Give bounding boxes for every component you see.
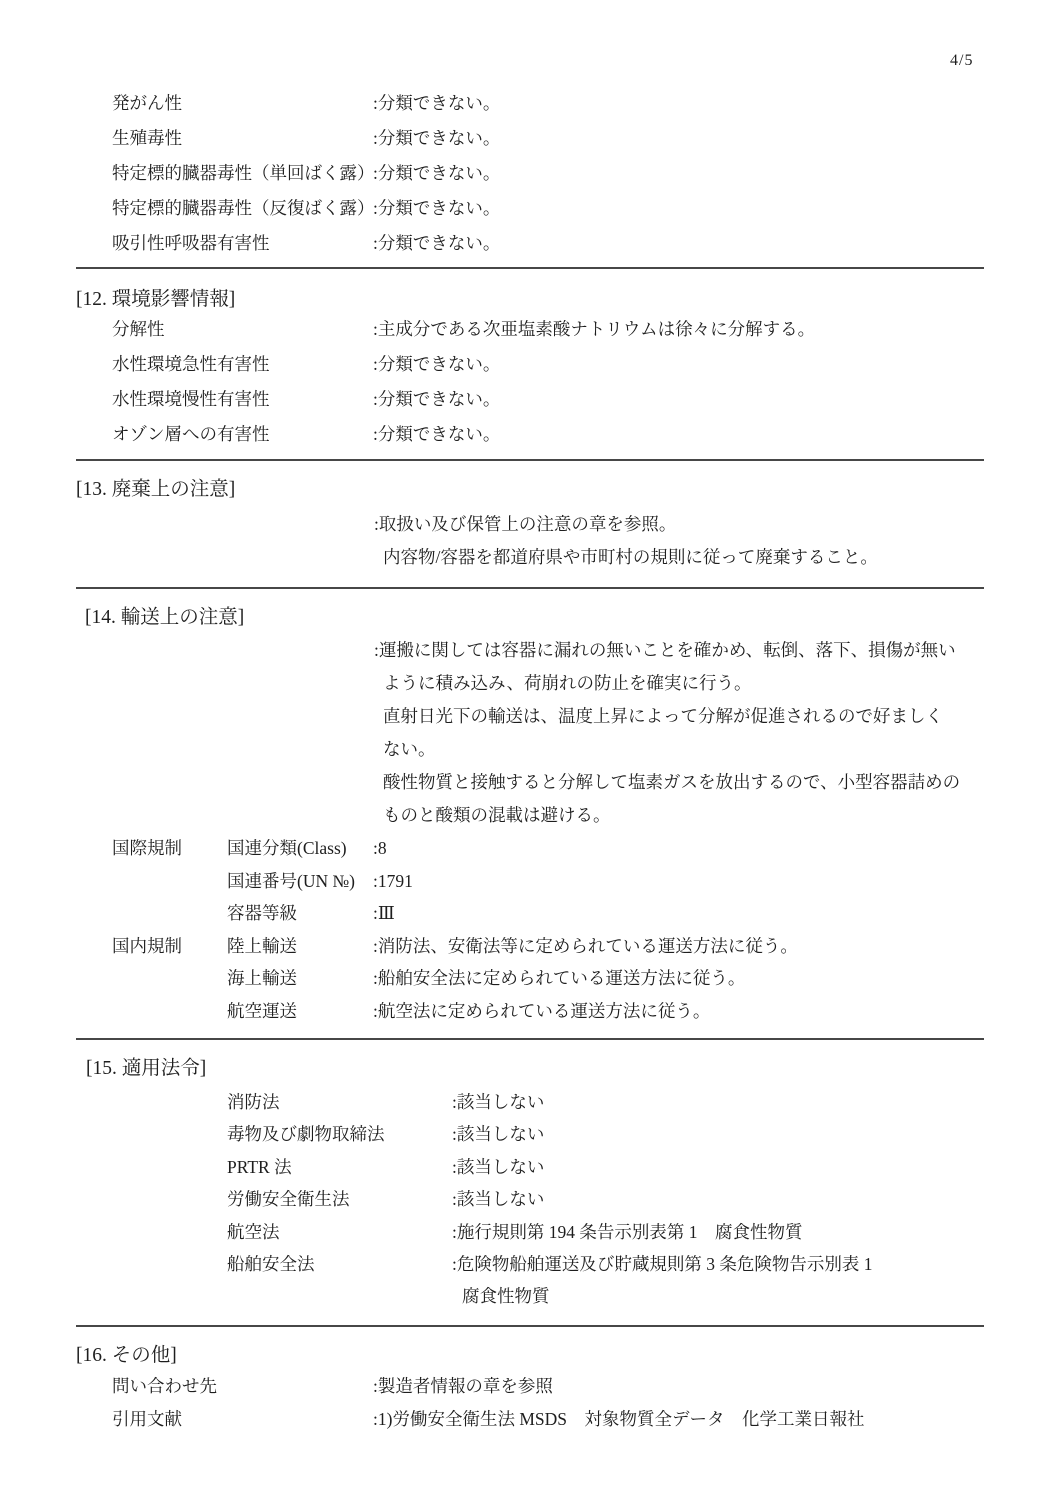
section-14-title: [14. 輸送上の注意] bbox=[85, 601, 244, 629]
row-label: 船舶安全法 bbox=[227, 1248, 452, 1280]
section-16-rows: 問い合わせ先 :製造者情報の章を参照 引用文献 :1)労働安全衛生法 MSDS … bbox=[112, 1370, 864, 1436]
row-value: :分類できない。 bbox=[373, 417, 500, 452]
section-16-title: [16. その他] bbox=[76, 1339, 177, 1367]
table-row: 問い合わせ先 :製造者情報の章を参照 bbox=[112, 1370, 864, 1403]
row-label: 消防法 bbox=[227, 1086, 452, 1118]
row-label: 分解性 bbox=[112, 312, 373, 347]
document-page: 4/5 発がん性 :分類できない。 生殖毒性 :分類できない。 特定標的臓器毒性… bbox=[0, 0, 1061, 1500]
row-label: 海上輸送 bbox=[227, 962, 373, 995]
section-13-title: [13. 廃棄上の注意] bbox=[76, 473, 235, 501]
row-label: 陸上輸送 bbox=[227, 930, 373, 963]
regulation-group-label: 国際規制 bbox=[112, 832, 227, 865]
row-label: 容器等級 bbox=[227, 897, 373, 930]
toxicity-block: 発がん性 :分類できない。 生殖毒性 :分類できない。 特定標的臓器毒性（単回ば… bbox=[112, 86, 500, 261]
row-label: 特定標的臓器毒性（単回ばく露） bbox=[112, 156, 373, 191]
row-value: :該当しない bbox=[452, 1151, 544, 1183]
row-value: :分類できない。 bbox=[373, 382, 500, 417]
row-value: :該当しない bbox=[452, 1118, 544, 1150]
section-14-text: :運搬に関しては容器に漏れの無いことを確かめ、転倒、落下、損傷が無い ように積み… bbox=[374, 634, 960, 832]
regulation-group-label bbox=[112, 865, 227, 898]
section-divider bbox=[76, 267, 984, 269]
row-value: :主成分である次亜塩素酸ナトリウムは徐々に分解する。 bbox=[373, 312, 815, 347]
row-value: :分類できない。 bbox=[373, 86, 500, 121]
table-row: 吸引性呼吸器有害性 :分類できない。 bbox=[112, 226, 500, 261]
table-row: 毒物及び劇物取締法 :該当しない bbox=[227, 1118, 873, 1150]
table-row: 労働安全衛生法 :該当しない bbox=[227, 1183, 873, 1215]
text-line: :取扱い及び保管上の注意の章を参照。 bbox=[374, 508, 878, 541]
row-label: 国連番号(UN №) bbox=[227, 865, 373, 898]
text-line: 内容物/容器を都道府県や市町村の規則に従って廃棄すること。 bbox=[374, 541, 878, 574]
row-value: :分類できない。 bbox=[373, 191, 500, 226]
table-row: 消防法 :該当しない bbox=[227, 1086, 873, 1118]
row-value: :分類できない。 bbox=[373, 226, 500, 261]
text-line: 酸性物質と接触すると分解して塩素ガスを放出するので、小型容器詰めの bbox=[374, 766, 960, 799]
section-13-text: :取扱い及び保管上の注意の章を参照。 内容物/容器を都道府県や市町村の規則に従っ… bbox=[374, 508, 878, 574]
row-label: 国連分類(Class) bbox=[227, 832, 373, 865]
table-row: 生殖毒性 :分類できない。 bbox=[112, 121, 500, 156]
regulation-group-label bbox=[112, 995, 227, 1028]
section-divider bbox=[76, 1038, 984, 1040]
row-label: 毒物及び劇物取締法 bbox=[227, 1118, 452, 1150]
table-row: 特定標的臓器毒性（反復ばく露） :分類できない。 bbox=[112, 191, 500, 226]
row-label bbox=[227, 1280, 452, 1312]
table-row: 国際規制 国連分類(Class) :8 bbox=[112, 832, 798, 865]
row-value: :1)労働安全衛生法 MSDS 対象物質全データ 化学工業日報社 bbox=[373, 1403, 864, 1436]
text-line: :運搬に関しては容器に漏れの無いことを確かめ、転倒、落下、損傷が無い bbox=[374, 634, 960, 667]
row-value: :船舶安全法に定められている運送方法に従う。 bbox=[373, 962, 745, 995]
row-label: 引用文献 bbox=[112, 1403, 373, 1436]
row-value: :分類できない。 bbox=[373, 156, 500, 191]
table-row: 発がん性 :分類できない。 bbox=[112, 86, 500, 121]
text-line: 直射日光下の輸送は、温度上昇によって分解が促進されるので好ましく bbox=[374, 700, 960, 733]
table-row: 国連番号(UN №) :1791 bbox=[112, 865, 798, 898]
table-row: 分解性 :主成分である次亜塩素酸ナトリウムは徐々に分解する。 bbox=[112, 312, 815, 347]
table-row: 水性環境急性有害性 :分類できない。 bbox=[112, 347, 815, 382]
row-value: :分類できない。 bbox=[373, 121, 500, 156]
table-row: 航空運送 :航空法に定められている運送方法に従う。 bbox=[112, 995, 798, 1028]
table-row: 船舶安全法 :危険物船舶運送及び貯蔵規則第 3 条危険物告示別表 1 bbox=[227, 1248, 873, 1280]
regulation-group-label bbox=[112, 962, 227, 995]
row-label: 発がん性 bbox=[112, 86, 373, 121]
row-label: 水性環境急性有害性 bbox=[112, 347, 373, 382]
row-value: :消防法、安衛法等に定められている運送方法に従う。 bbox=[373, 930, 798, 963]
regulation-group-label bbox=[112, 897, 227, 930]
row-label: 生殖毒性 bbox=[112, 121, 373, 156]
row-label: 水性環境慢性有害性 bbox=[112, 382, 373, 417]
row-label: オゾン層への有害性 bbox=[112, 417, 373, 452]
table-row: 腐食性物質 bbox=[227, 1280, 873, 1312]
row-value: :製造者情報の章を参照 bbox=[373, 1370, 553, 1403]
row-label: 特定標的臓器毒性（反復ばく露） bbox=[112, 191, 373, 226]
text-line: ように積み込み、荷崩れの防止を確実に行う。 bbox=[374, 667, 960, 700]
table-row: 特定標的臓器毒性（単回ばく露） :分類できない。 bbox=[112, 156, 500, 191]
page-number: 4/5 bbox=[950, 52, 973, 70]
section-divider bbox=[76, 459, 984, 461]
row-value: :該当しない bbox=[452, 1086, 544, 1118]
table-row: 容器等級 :Ⅲ bbox=[112, 897, 798, 930]
section-divider bbox=[76, 587, 984, 589]
table-row: 引用文献 :1)労働安全衛生法 MSDS 対象物質全データ 化学工業日報社 bbox=[112, 1403, 864, 1436]
text-line: ものと酸類の混載は避ける。 bbox=[374, 799, 960, 832]
row-label: 航空法 bbox=[227, 1216, 452, 1248]
table-row: 海上輸送 :船舶安全法に定められている運送方法に従う。 bbox=[112, 962, 798, 995]
row-value: :8 bbox=[373, 832, 387, 865]
row-value: :該当しない bbox=[452, 1183, 544, 1215]
section-15-rows: 消防法 :該当しない 毒物及び劇物取締法 :該当しない PRTR 法 :該当しな… bbox=[227, 1086, 873, 1313]
table-row: オゾン層への有害性 :分類できない。 bbox=[112, 417, 815, 452]
row-value: :危険物船舶運送及び貯蔵規則第 3 条危険物告示別表 1 bbox=[452, 1248, 873, 1280]
table-row: PRTR 法 :該当しない bbox=[227, 1151, 873, 1183]
row-label: 労働安全衛生法 bbox=[227, 1183, 452, 1215]
row-label: 航空運送 bbox=[227, 995, 373, 1028]
row-value: :Ⅲ bbox=[373, 897, 395, 930]
row-value: :分類できない。 bbox=[373, 347, 500, 382]
row-value: :航空法に定められている運送方法に従う。 bbox=[373, 995, 710, 1028]
row-value-continuation: 腐食性物質 bbox=[452, 1280, 550, 1312]
section-15-title: [15. 適用法令] bbox=[86, 1052, 206, 1080]
row-value: :施行規則第 194 条告示別表第 1 腐食性物質 bbox=[452, 1216, 803, 1248]
row-label: PRTR 法 bbox=[227, 1151, 452, 1183]
section-14-regulations: 国際規制 国連分類(Class) :8 国連番号(UN №) :1791 容器等… bbox=[112, 832, 798, 1028]
section-12-title: [12. 環境影響情報] bbox=[76, 283, 235, 311]
table-row: 国内規制 陸上輸送 :消防法、安衛法等に定められている運送方法に従う。 bbox=[112, 930, 798, 963]
row-label: 吸引性呼吸器有害性 bbox=[112, 226, 373, 261]
table-row: 航空法 :施行規則第 194 条告示別表第 1 腐食性物質 bbox=[227, 1216, 873, 1248]
row-label: 問い合わせ先 bbox=[112, 1370, 373, 1403]
row-value: :1791 bbox=[373, 865, 413, 898]
section-12-rows: 分解性 :主成分である次亜塩素酸ナトリウムは徐々に分解する。 水性環境急性有害性… bbox=[112, 312, 815, 452]
regulation-group-label: 国内規制 bbox=[112, 930, 227, 963]
text-line: ない。 bbox=[374, 733, 960, 766]
section-divider bbox=[76, 1325, 984, 1327]
table-row: 水性環境慢性有害性 :分類できない。 bbox=[112, 382, 815, 417]
